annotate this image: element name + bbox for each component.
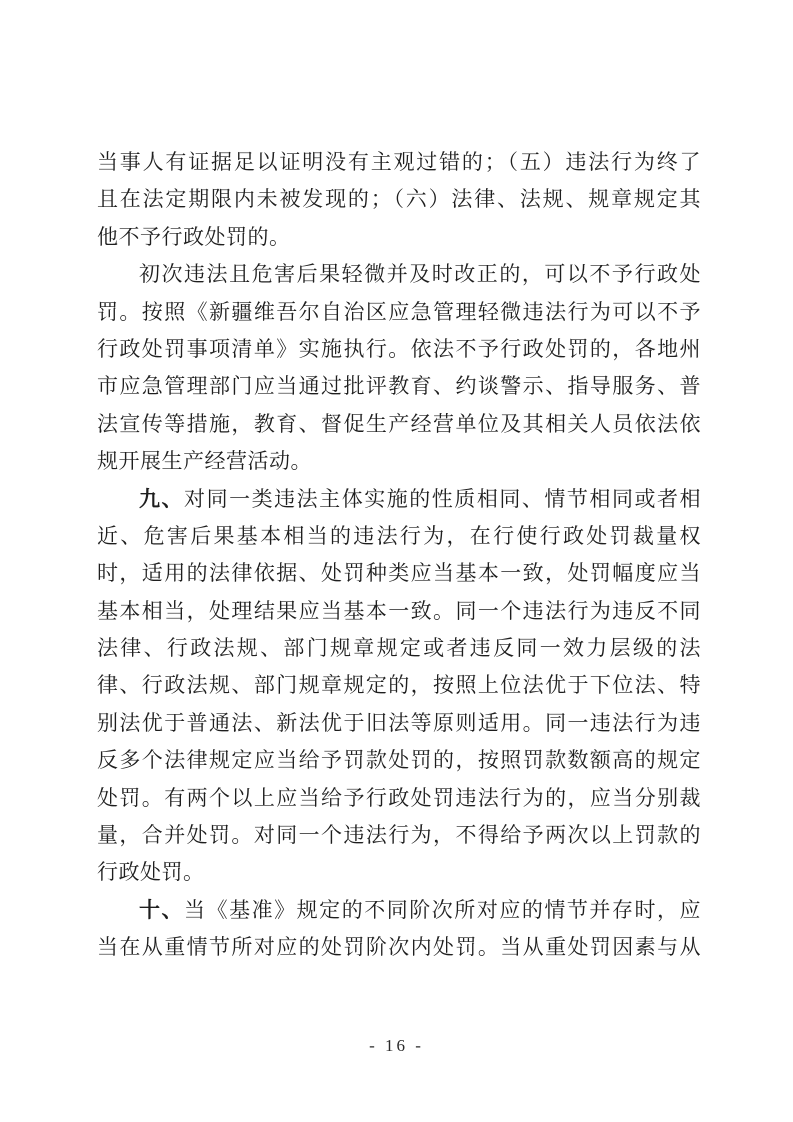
clause-number-ten: 十、 xyxy=(139,899,184,922)
page-footer: - 16 - xyxy=(0,1036,793,1056)
document-line: 时，适用的法律依据、处罚种类应当基本一致，处罚幅度应当 xyxy=(97,555,701,592)
document-line: 行政处罚。 xyxy=(97,854,701,891)
clause-text: 对同一类违法主体实施的性质相同、情节相同或者相 xyxy=(184,487,701,511)
document-page: 当事人有证据足以证明没有主观过错的；（五）违法行为终了 且在法定期限内未被发现的… xyxy=(0,0,793,1122)
document-line: 他不予行政处罚的。 xyxy=(97,219,701,256)
document-line: 当在从重情节所对应的处罚阶次内处罚。当从重处罚因素与从 xyxy=(97,929,701,966)
clause-text: 当《基准》规定的不同阶次所对应的情节并存时，应 xyxy=(184,898,701,922)
document-line: 处罚。有两个以上应当给予行政处罚违法行为的，应当分别裁 xyxy=(97,780,701,817)
document-line: 律、行政法规、部门规章规定的，按照上位法优于下位法、特 xyxy=(97,667,701,704)
document-line: 十、当《基准》规定的不同阶次所对应的情节并存时，应 xyxy=(97,892,701,929)
document-line: 法律、行政法规、部门规章规定或者违反同一效力层级的法 xyxy=(97,630,701,667)
document-line: 规开展生产经营活动。 xyxy=(97,443,701,480)
document-line: 别法优于普通法、新法优于旧法等原则适用。同一违法行为违 xyxy=(97,705,701,742)
document-line: 当事人有证据足以证明没有主观过错的；（五）违法行为终了 xyxy=(97,144,701,181)
document-line: 罚。按照《新疆维吾尔自治区应急管理轻微违法行为可以不予 xyxy=(97,294,701,331)
document-line: 近、危害后果基本相当的违法行为，在行使行政处罚裁量权 xyxy=(97,518,701,555)
document-line: 量，合并处罚。对同一个违法行为，不得给予两次以上罚款的 xyxy=(97,817,701,854)
document-line: 市应急管理部门应当通过批评教育、约谈警示、指导服务、普 xyxy=(97,368,701,405)
document-line: 基本相当，处理结果应当基本一致。同一个违法行为违反不同 xyxy=(97,593,701,630)
document-line: 初次违法且危害后果轻微并及时改正的，可以不予行政处 xyxy=(97,256,701,293)
page-number: - 16 - xyxy=(369,1036,424,1055)
document-line: 行政处罚事项清单》实施执行。依法不予行政处罚的，各地州 xyxy=(97,331,701,368)
document-line: 九、对同一类违法主体实施的性质相同、情节相同或者相 xyxy=(97,481,701,518)
document-line: 法宣传等措施，教育、督促生产经营单位及其相关人员依法依 xyxy=(97,406,701,443)
document-line: 且在法定期限内未被发现的；（六）法律、法规、规章规定其 xyxy=(97,181,701,218)
clause-number-nine: 九、 xyxy=(139,488,184,511)
document-line: 反多个法律规定应当给予罚款处罚的，按照罚款数额高的规定 xyxy=(97,742,701,779)
document-text-block: 当事人有证据足以证明没有主观过错的；（五）违法行为终了 且在法定期限内未被发现的… xyxy=(97,144,701,967)
